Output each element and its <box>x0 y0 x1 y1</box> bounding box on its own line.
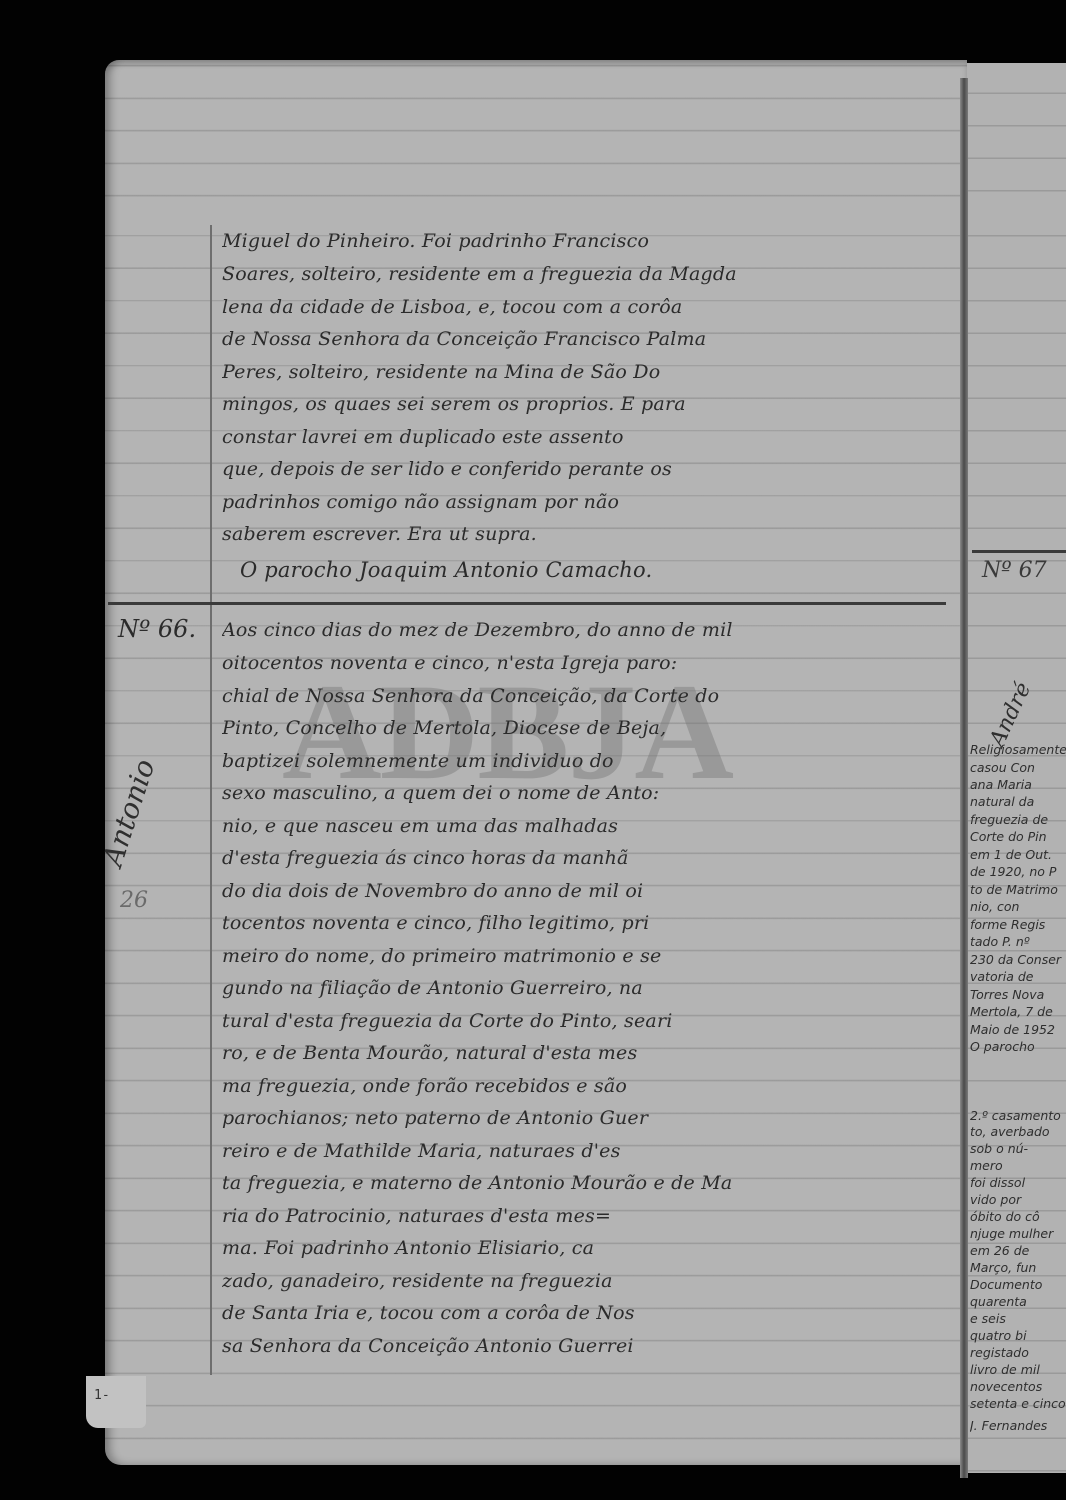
text-line: ria do Patrocinio, naturaes d'esta mes= <box>222 1201 962 1231</box>
margin-note: 26 <box>120 888 148 913</box>
text-line: parochianos; neto paterno de Antonio Gue… <box>222 1103 962 1133</box>
annotation-line: novecentos <box>970 1379 1066 1395</box>
annotation-line: ana Maria <box>970 777 1066 793</box>
text-line: meiro do nome, do primeiro matrimonio e … <box>222 941 962 971</box>
text-line: Peres, solteiro, residente na Mina de Sã… <box>222 357 962 387</box>
text-line: constar lavrei em duplicado este assento <box>222 422 962 452</box>
text-line: lena da cidade de Lisboa, e, tocou com a… <box>222 292 962 322</box>
annotation-line: sob o nú- <box>970 1141 1066 1157</box>
entry-divider <box>108 602 946 605</box>
annotation-line: O parocho <box>970 1039 1066 1055</box>
text-line: Soares, solteiro, residente em a freguez… <box>222 259 962 289</box>
annotation-line: em 26 de <box>970 1243 1066 1259</box>
annotation-line: mero <box>970 1158 1066 1174</box>
annotation-line: Mertola, 7 de <box>970 1004 1066 1020</box>
right-entry-divider <box>972 550 1066 553</box>
annotation-line: Março, fun <box>970 1260 1066 1276</box>
annotation-line: registado <box>970 1345 1066 1361</box>
text-line: sexo masculino, a quem dei o nome de Ant… <box>222 778 962 808</box>
annotation-line: quarenta <box>970 1294 1066 1310</box>
annotation-line: nio, con <box>970 899 1066 915</box>
text-line: Aos cinco dias do mez de Dezembro, do an… <box>222 615 962 645</box>
annotation-line: e seis <box>970 1311 1066 1327</box>
annotation-line: njuge mulher <box>970 1226 1066 1242</box>
annotation-line: to de Matrimo <box>970 882 1066 898</box>
text-line: mingos, os quaes sei serem os proprios. … <box>222 389 962 419</box>
annotation-line: forme Regis <box>970 917 1066 933</box>
annotation-line: Torres Nova <box>970 987 1066 1003</box>
annotation-line: to, averbado <box>970 1124 1066 1140</box>
text-line: baptizei solemnemente um individuo do <box>222 746 962 776</box>
text-line: reiro e de Mathilde Maria, naturaes d'es <box>222 1136 962 1166</box>
text-line: oitocentos noventa e cinco, n'esta Igrej… <box>222 648 962 678</box>
right-entry-number: Nº 67 <box>982 558 1047 583</box>
text-line: zado, ganadeiro, residente na freguezia <box>222 1266 962 1296</box>
text-line: sa Senhora da Conceição Antonio Guerrei <box>222 1331 962 1361</box>
annotation-line: óbito do cô <box>970 1209 1066 1225</box>
text-line: tural d'esta freguezia da Corte do Pinto… <box>222 1006 962 1036</box>
text-line: ma freguezia, onde forão recebidos e são <box>222 1071 962 1101</box>
annotation-line: Corte do Pin <box>970 829 1066 845</box>
text-line: d'esta freguezia ás cinco horas da manhã <box>222 843 962 873</box>
annotation-line: setenta e cinco <box>970 1396 1066 1412</box>
annotation-line: 230 da Conser <box>970 952 1066 968</box>
text-line: chial de Nossa Senhora da Conceição, da … <box>222 681 962 711</box>
text-line: ro, e de Benta Mourão, natural d'esta me… <box>222 1038 962 1068</box>
text-line: Pinto, Concelho de Mertola, Diocese de B… <box>222 713 962 743</box>
annotation-line: tado P. nº <box>970 934 1066 950</box>
text-line: nio, e que nasceu em uma das malhadas <box>222 811 962 841</box>
annotation-line: quatro bi <box>970 1328 1066 1344</box>
text-line: ta freguezia, e materno de Antonio Mourã… <box>222 1168 962 1198</box>
parish-priest-signature: O parocho Joaquim Antonio Camacho. <box>240 555 980 585</box>
annotation-signature: J. Fernandes <box>970 1418 1066 1434</box>
margin-rule <box>210 225 212 1375</box>
annotation-line: Religiosamente <box>970 742 1066 758</box>
text-line: do dia dois de Novembro do anno de mil o… <box>222 876 962 906</box>
annotation-line: em 1 de Out. <box>970 847 1066 863</box>
annotation-line: de 1920, no P <box>970 864 1066 880</box>
text-line: padrinhos comigo não assignam por não <box>222 487 962 517</box>
text-line: gundo na filiação de Antonio Guerreiro, … <box>222 973 962 1003</box>
annotation-line: casou Con <box>970 760 1066 776</box>
annotation-line: natural da <box>970 794 1066 810</box>
annotation-line: foi dissol <box>970 1175 1066 1191</box>
text-line: saberem escrever. Era ut supra. <box>222 519 962 549</box>
annotation-line: 2.º casamento <box>970 1108 1066 1124</box>
annotation-line: livro de mil <box>970 1362 1066 1378</box>
text-line: de Santa Iria e, tocou com a corôa de No… <box>222 1298 962 1328</box>
annotation-line: Maio de 1952 <box>970 1022 1066 1038</box>
text-line: Miguel do Pinheiro. Foi padrinho Francis… <box>222 226 962 256</box>
annotation-line: vido por <box>970 1192 1066 1208</box>
annotation-line: freguezia de <box>970 812 1066 828</box>
text-line: tocentos noventa e cinco, filho legitimo… <box>222 908 962 938</box>
annotation-line: Documento <box>970 1277 1066 1293</box>
text-line: ma. Foi padrinho Antonio Elisiario, ca <box>222 1233 962 1263</box>
corner-tab: 1- <box>86 1376 146 1428</box>
text-line: de Nossa Senhora da Conceição Francisco … <box>222 324 962 354</box>
entry-number: Nº 66. <box>118 615 196 643</box>
text-line: que, depois de ser lido e conferido pera… <box>222 454 962 484</box>
annotation-line: vatoria de <box>970 969 1066 985</box>
